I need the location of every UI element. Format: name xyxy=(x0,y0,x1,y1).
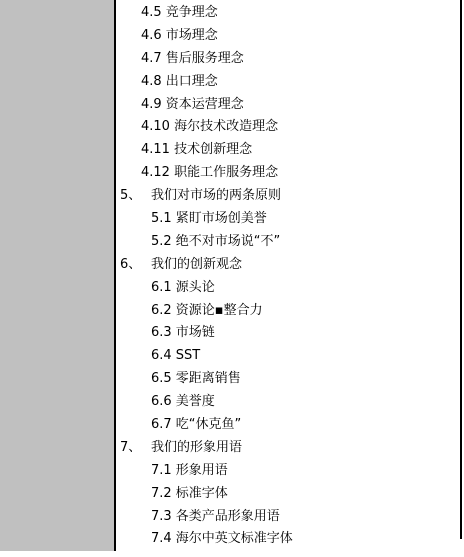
document-page: 4.5 竞争理念4.6 市场理念4.7 售后服务理念4.8 出口理念4.9 资本… xyxy=(0,0,464,557)
outline-item-text: 7.1 形象用语 xyxy=(151,463,228,478)
outline-item-text: 4.12 职能工作服务理念 xyxy=(141,165,278,180)
outline-item-text: 我们的创新观念 xyxy=(151,257,242,272)
outline-item-text: 4.6 市场理念 xyxy=(141,28,218,43)
outline-item-number: 7、 xyxy=(120,437,151,460)
outline-item-text: 6.1 源头论 xyxy=(151,280,215,295)
outline-item: 7、我们的形象用语 xyxy=(0,437,464,460)
outline-item: 5.1 紧盯市场创美誉 xyxy=(0,208,464,231)
outline-item-number: 6、 xyxy=(120,254,151,277)
outline-item: 4.8 出口理念 xyxy=(0,71,464,94)
outline-item-text: 5.2 绝不对市场说“不” xyxy=(151,234,280,249)
outline-item: 4.11 技术创新理念 xyxy=(0,139,464,162)
outline-item: 6.1 源头论 xyxy=(0,277,464,300)
outline-item-text: 4.9 资本运营理念 xyxy=(141,97,244,112)
outline-list: 4.5 竞争理念4.6 市场理念4.7 售后服务理念4.8 出口理念4.9 资本… xyxy=(0,2,464,551)
outline-item: 5、我们对市场的两条原则 xyxy=(0,185,464,208)
outline-item: 7.4 海尔中英文标准字体 xyxy=(0,528,464,551)
outline-item: 4.7 售后服务理念 xyxy=(0,48,464,71)
outline-item-text: 7.2 标准字体 xyxy=(151,486,228,501)
outline-item-text: 7.4 海尔中英文标准字体 xyxy=(151,531,293,546)
outline-item-text: 我们的形象用语 xyxy=(151,440,242,455)
outline-item-text: 4.8 出口理念 xyxy=(141,74,218,89)
outline-item-text: 6.5 零距离销售 xyxy=(151,371,241,386)
outline-item: 4.12 职能工作服务理念 xyxy=(0,162,464,185)
outline-item-number: 5、 xyxy=(120,185,151,208)
outline-item-text: 6.3 市场链 xyxy=(151,325,215,340)
outline-item-text: 6.7 吃“休克鱼” xyxy=(151,417,241,432)
outline-item: 7.3 各类产品形象用语 xyxy=(0,506,464,529)
outline-item-text: 4.5 竞争理念 xyxy=(141,5,218,20)
outline-item-text: 6.4 SST xyxy=(151,348,200,363)
outline-item-text: 4.10 海尔技术改造理念 xyxy=(141,119,278,134)
outline-item: 6.2 资源论▪整合力 xyxy=(0,300,464,323)
outline-item: 7.2 标准字体 xyxy=(0,483,464,506)
outline-item: 6.4 SST xyxy=(0,345,464,368)
outline-item-text: 6.6 美誉度 xyxy=(151,394,215,409)
outline-item: 4.5 竞争理念 xyxy=(0,2,464,25)
outline-item: 6.7 吃“休克鱼” xyxy=(0,414,464,437)
outline-item-text: 6.2 资源论▪整合力 xyxy=(151,303,263,318)
outline-item-text: 7.3 各类产品形象用语 xyxy=(151,509,280,524)
outline-item: 6、我们的创新观念 xyxy=(0,254,464,277)
outline-item: 6.3 市场链 xyxy=(0,322,464,345)
outline-item-text: 我们对市场的两条原则 xyxy=(151,188,281,203)
outline-item: 7.1 形象用语 xyxy=(0,460,464,483)
outline-item-text: 5.1 紧盯市场创美誉 xyxy=(151,211,267,226)
outline-item: 6.6 美誉度 xyxy=(0,391,464,414)
outline-item: 5.2 绝不对市场说“不” xyxy=(0,231,464,254)
outline-item: 4.9 资本运营理念 xyxy=(0,94,464,117)
outline-item: 4.6 市场理念 xyxy=(0,25,464,48)
outline-item-text: 4.7 售后服务理念 xyxy=(141,51,244,66)
outline-item: 6.5 零距离销售 xyxy=(0,368,464,391)
outline-item: 4.10 海尔技术改造理念 xyxy=(0,116,464,139)
outline-item-text: 4.11 技术创新理念 xyxy=(141,142,252,157)
